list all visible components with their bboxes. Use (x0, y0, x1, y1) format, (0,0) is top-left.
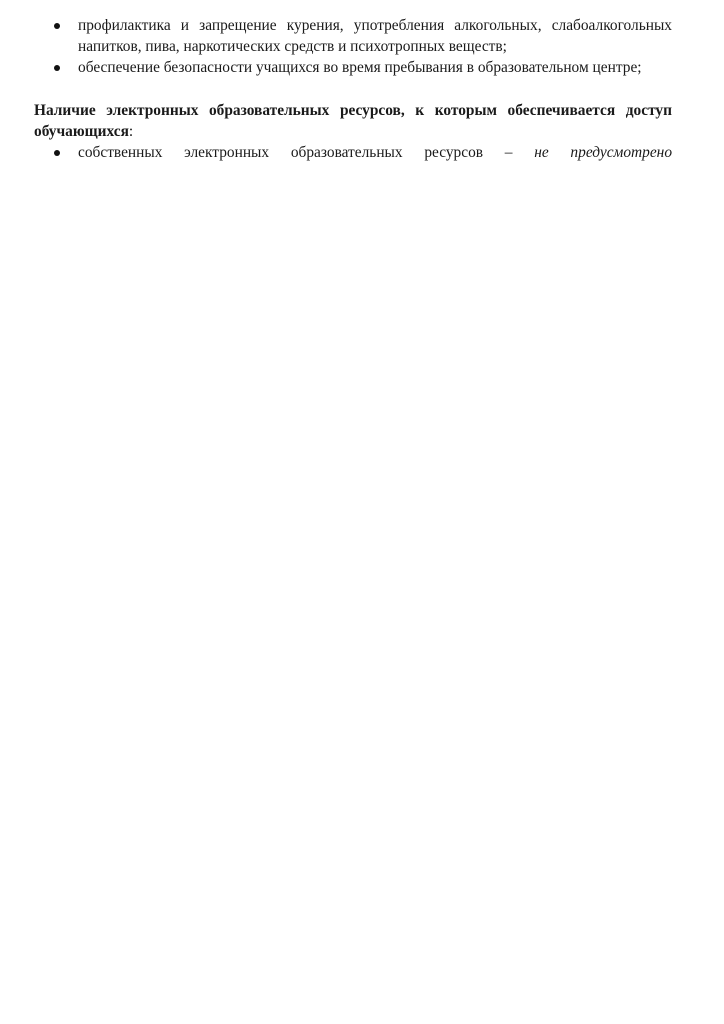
list-item-text: собственных электронных образовательных … (78, 144, 483, 161)
bullet-icon (54, 65, 60, 71)
list-item: профилактика и запрещение курения, употр… (34, 15, 672, 57)
section-heading: Наличие электронных образовательных ресу… (34, 100, 672, 142)
list-item: обеспечение безопасности учащихся во вре… (34, 57, 672, 78)
bullet-icon (54, 150, 60, 156)
bullet-icon (54, 23, 60, 29)
list-item: собственных электронных образовательных … (34, 142, 672, 163)
list-item-text: обеспечение безопасности учащихся во вре… (78, 59, 642, 76)
resources-list: собственных электронных образовательных … (34, 142, 672, 163)
document-content: профилактика и запрещение курения, употр… (34, 15, 672, 163)
measures-list: профилактика и запрещение курения, употр… (34, 15, 672, 78)
section-heading-colon: : (129, 123, 133, 140)
list-item-dash: – (483, 144, 534, 161)
document-page: профилактика и запрещение курения, употр… (0, 0, 724, 1024)
list-item-value: не предусмотрено (534, 144, 672, 161)
list-item-text: профилактика и запрещение курения, употр… (78, 17, 672, 55)
